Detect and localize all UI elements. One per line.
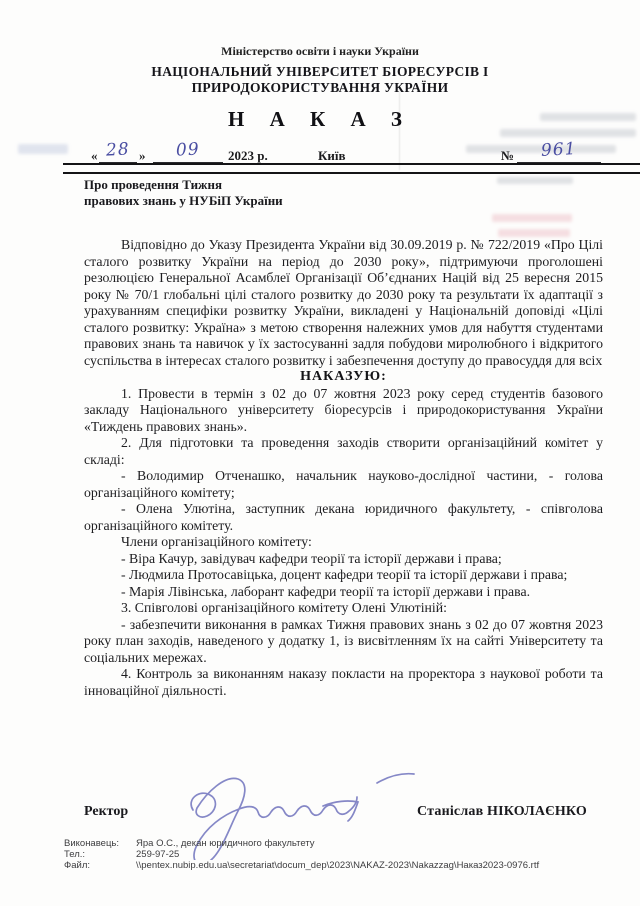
- order-title: Н А К А З: [0, 107, 640, 132]
- order-item: 3. Співголові організаційного комітету О…: [84, 600, 603, 617]
- document-footer: Виконавець: Яра О.С., декан юридичного ф…: [64, 838, 604, 871]
- signer-name: Станіслав НІКОЛАЄНКО: [417, 804, 587, 820]
- university-name-line1: НАЦІОНАЛЬНИЙ УНІВЕРСИТЕТ БІОРЕСУРСІВ І: [0, 64, 640, 80]
- order-subject: Про проведення Тижня правових знань у НУ…: [84, 177, 384, 209]
- bleed-through-smudge: [492, 214, 572, 222]
- order-item: - Віра Качур, завідувач кафедри теорії т…: [84, 551, 603, 568]
- intro-paragraph: Відповідно до Указу Президента України в…: [84, 237, 603, 369]
- order-item: 1. Провести в термін з 02 до 07 жовтня 2…: [84, 386, 603, 436]
- handwritten-order-number: 961: [541, 139, 577, 161]
- month-field: 09: [153, 140, 223, 163]
- order-item: 2. Для підготовки та проведення заходів …: [84, 435, 603, 468]
- footer-phone-row: Тел.: 259-97-25: [64, 849, 604, 860]
- close-quote: »: [139, 148, 146, 164]
- order-item: - Володимир Отченашко, начальник науково…: [84, 468, 603, 501]
- scanned-order-page: Міністерство освіти і науки України НАЦІ…: [0, 0, 640, 906]
- order-item: - Олена Улютіна, заступник декана юридич…: [84, 501, 603, 534]
- subject-line1: Про проведення Тижня: [84, 177, 384, 193]
- year-label: 2023 р.: [228, 148, 268, 164]
- double-rule: [63, 163, 640, 174]
- ministry-line: Міністерство освіти і науки України: [0, 44, 640, 59]
- order-item: - Марія Лівінська, лаборант кафедри теор…: [84, 584, 603, 601]
- signer-title: Ректор: [84, 804, 128, 820]
- order-number-label: №: [501, 148, 514, 164]
- day-field: 28: [99, 140, 137, 163]
- university-name: НАЦІОНАЛЬНИЙ УНІВЕРСИТЕТ БІОРЕСУРСІВ І П…: [0, 64, 640, 95]
- university-name-line2: ПРИРОДОКОРИСТУВАННЯ УКРАЇНИ: [0, 80, 640, 96]
- city-label: Київ: [318, 148, 346, 164]
- executor-label: Виконавець:: [64, 838, 136, 849]
- bleed-through-smudge: [497, 177, 573, 184]
- order-item: - Людмила Протосавіцька, доцент кафедри …: [84, 567, 603, 584]
- footer-executor-row: Виконавець: Яра О.С., декан юридичного ф…: [64, 838, 604, 849]
- bleed-through-smudge: [498, 229, 570, 237]
- footer-file-row: Файл: \\pentex.nubip.edu.ua\secretariat\…: [64, 860, 604, 871]
- file-value: \\pentex.nubip.edu.ua\secretariat\docum_…: [136, 860, 539, 871]
- file-label: Файл:: [64, 860, 136, 871]
- subject-line2: правових знань у НУБіП України: [84, 193, 384, 209]
- order-item: Члени організаційного комітету:: [84, 534, 603, 551]
- order-items: 1. Провести в термін з 02 до 07 жовтня 2…: [84, 386, 603, 700]
- open-quote: «: [91, 148, 98, 164]
- order-body: Відповідно до Указу Президента України в…: [84, 237, 603, 699]
- order-item: 4. Контроль за виконанням наказу покласт…: [84, 666, 603, 699]
- phone-label: Тел.:: [64, 849, 136, 860]
- handwritten-month: 09: [176, 139, 201, 160]
- order-number-field: 961: [517, 140, 601, 163]
- executor-value: Яра О.С., декан юридичного факультету: [136, 838, 315, 849]
- resolve-heading: НАКАЗУЮ:: [84, 369, 603, 386]
- order-item: - забезпечити виконання в рамках Тижня п…: [84, 617, 603, 667]
- phone-value: 259-97-25: [136, 849, 179, 860]
- handwritten-day: 28: [106, 139, 131, 160]
